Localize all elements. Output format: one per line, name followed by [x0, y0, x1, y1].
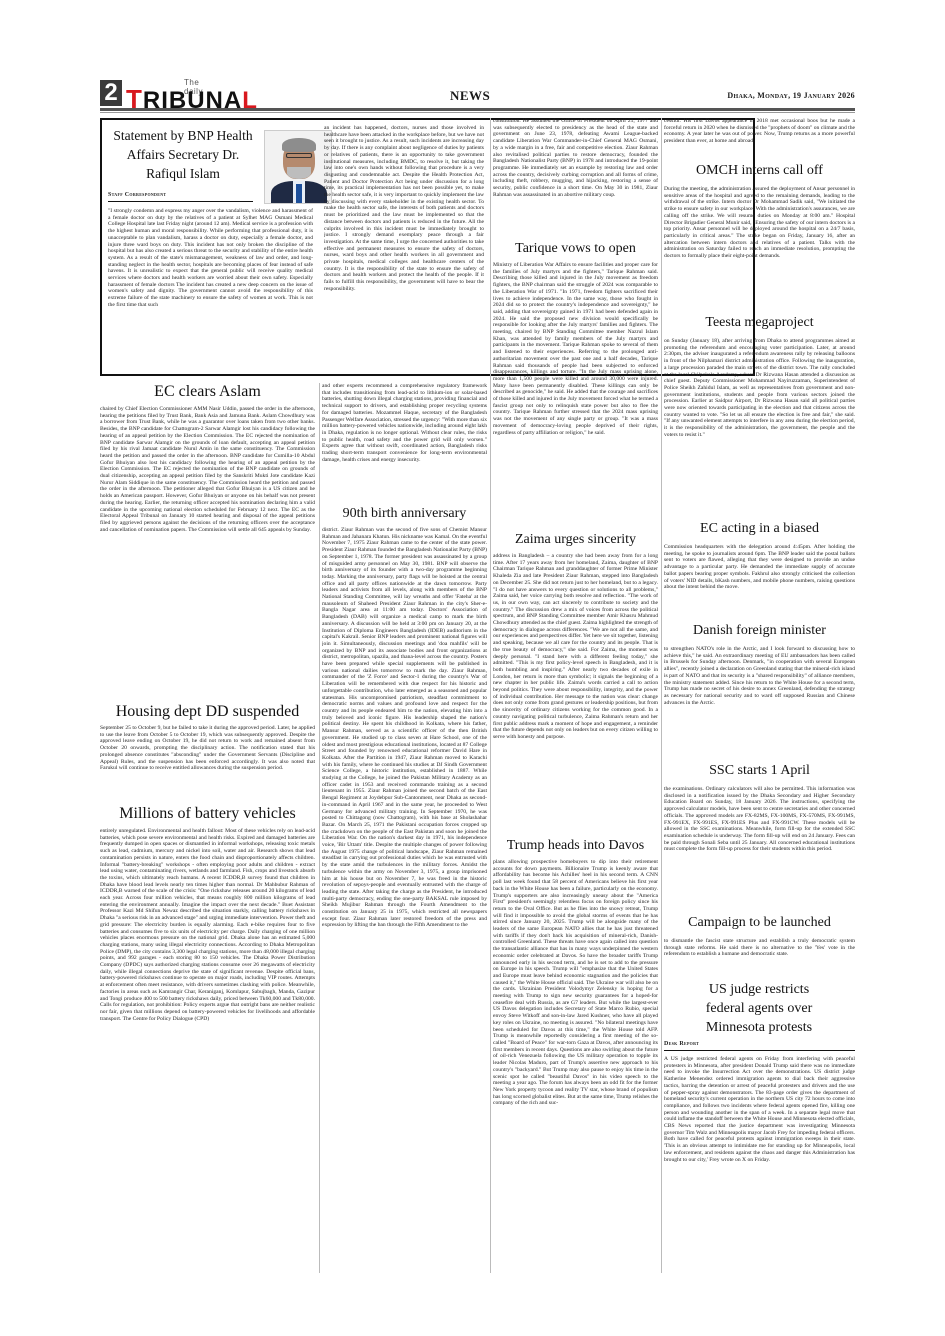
article-headline: Tarique vows to open: [493, 241, 658, 257]
photo-glasses: [286, 153, 312, 158]
article-headline: Millions of battery vehicles: [100, 805, 315, 823]
article-body: A US judge restricted federal agents on …: [664, 1056, 855, 1256]
article-body: chaired by Chief Election Commissioner A…: [100, 406, 315, 698]
article-body: the examinations. Ordinary calculators w…: [664, 786, 855, 908]
column-divider: [490, 118, 491, 1273]
masthead: 2 The daily TRIBUNAL NEWS Dhaka, Monday,…: [100, 78, 855, 108]
article-body: to dismantle the fascist state structure…: [664, 938, 855, 978]
article-body-col2: an incident has happened, doctors, nurse…: [324, 125, 484, 373]
section-title: NEWS: [450, 88, 490, 104]
article-body-continued: and other experts recommend a comprehens…: [322, 383, 487, 503]
article-headline: Statement by BNP Health Affairs Secretar…: [108, 126, 258, 183]
article-body: on Sunday (January 18), after arriving f…: [664, 338, 855, 516]
article-headline: US judge restricts federal agents over M…: [694, 980, 824, 1037]
column-divider: [319, 383, 320, 1273]
article-headline: Zaima urges sincerity: [493, 532, 658, 548]
masthead-rule-thin: [100, 112, 855, 113]
article-headline: 90th birth anniversary: [322, 506, 487, 522]
article-body: address in Bangladesh – a country she ha…: [493, 553, 658, 833]
article-headline: Campaign to be launched: [664, 915, 855, 931]
photo-tie: [296, 184, 302, 204]
portrait-photo: [264, 130, 332, 204]
newspaper-page: 2 The daily TRIBUNAL NEWS Dhaka, Monday,…: [100, 78, 855, 1268]
byline: Staff Correspondent: [108, 192, 253, 202]
article-body: to strengthen NATO's role in the Arctic,…: [664, 646, 855, 756]
column-divider: [661, 118, 662, 1273]
dateline: Dhaka, Monday, 19 January 2026: [727, 91, 855, 100]
article-headline: Trump heads into Davos: [493, 838, 658, 854]
article-headline: SSC starts 1 April: [664, 763, 855, 779]
article-body-col1: "I strongly condemn and express my anger…: [108, 208, 313, 373]
masthead-rule: [100, 108, 855, 111]
article-body-continued: constitution. He assumed the Office of P…: [493, 118, 658, 238]
article-headline: Danish foreign minister: [664, 623, 855, 639]
article-body: district. Ziaur Rahman was the second of…: [322, 527, 487, 1273]
article-body: Ministry of Liberation War Affairs to en…: [493, 262, 658, 530]
article-headline: Teesta megaproject: [664, 315, 855, 331]
article-body: plans allowing prospective homebuyers to…: [493, 859, 658, 1273]
article-body: Commission headquarters with the delegat…: [664, 544, 855, 616]
article-body: September 25 to October 9, but he failed…: [100, 725, 315, 800]
article-body: entirely unregulated. Environmental and …: [100, 828, 315, 1273]
article-body: During the meeting, the administration a…: [664, 186, 855, 291]
photo-hair: [282, 138, 316, 152]
byline: Desk Report: [664, 1041, 855, 1051]
article-headline: EC clears Aslam: [100, 383, 315, 401]
article-headline: Housing dept DD suspended: [100, 703, 315, 721]
photo-beard: [287, 167, 311, 179]
page-number: 2: [100, 80, 122, 106]
article-headline: EC acting in a biased: [664, 521, 855, 537]
article-headline: OMCH interns call off: [664, 163, 855, 179]
